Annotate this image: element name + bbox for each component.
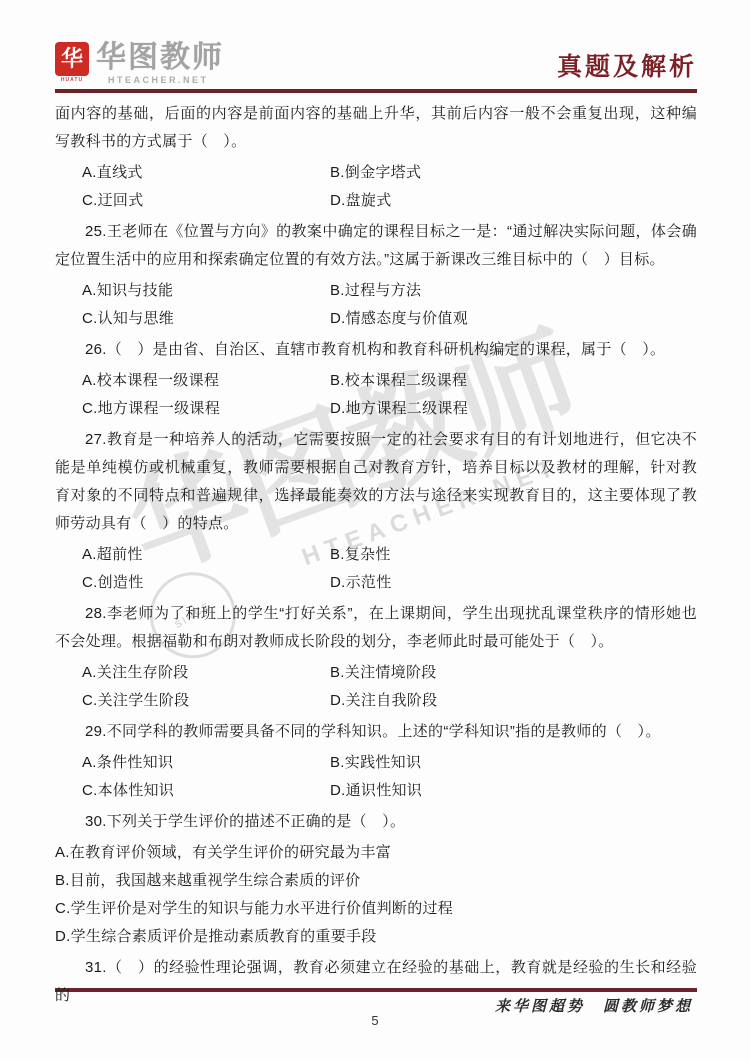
question-24-continuation: 面内容的基础，后面的内容是前面内容的基础上升华，其前后内容一般不会重复出现，这种… (55, 100, 697, 156)
option-a: A.校本课程一级课程 (82, 367, 330, 395)
question-26-text: 26.（ ）是由省、自治区、直辖市教育机构和教育科研机构编定的课程，属于（ ）。 (55, 336, 697, 364)
logo-badge-char: 华 (55, 42, 89, 76)
question-25-text: 25.王老师在《位置与方向》的教案中确定的课程目标之一是：“通过解决实际问题，体… (55, 218, 697, 274)
page-header: 华 HUATU 华图教师 HTEACHER.NET 真题及解析 (55, 42, 697, 85)
option-c: C.创造性 (82, 569, 330, 597)
option-c: C.迂回式 (82, 187, 330, 215)
document-page: 华图教师 HTEACHER.NET SINCE 华 HUATU 华图教师 HTE… (0, 0, 750, 1061)
option-c: C.地方课程一级课程 (82, 395, 330, 423)
option-c: C.认知与思维 (82, 305, 330, 333)
question-25-options: A.知识与技能 B.过程与方法 C.认知与思维 D.情感态度与价值观 (55, 277, 697, 333)
option-b: B.关注情境阶段 (330, 659, 697, 687)
question-27-text: 27.教育是一种培养人的活动，它需要按照一定的社会要求有目的有计划地进行，但它决… (55, 426, 697, 538)
option-c: C.关注学生阶段 (82, 687, 330, 715)
option-b: B.倒金字塔式 (330, 159, 697, 187)
question-28-text: 28.李老师为了和班上的学生“打好关系”，在上课期间，学生出现扰乱课堂秩序的情形… (55, 600, 697, 656)
document-title: 真题及解析 (557, 47, 697, 85)
option-a: A.在教育评价领域，有关学生评价的研究最为丰富 (55, 839, 697, 867)
option-c: C.学生评价是对学生的知识与能力水平进行价值判断的过程 (55, 895, 697, 923)
brand-block: 华图教师 HTEACHER.NET (96, 42, 224, 85)
option-d: D.通识性知识 (330, 777, 697, 805)
option-d: D.示范性 (330, 569, 697, 597)
question-29-options: A.条件性知识 B.实践性知识 C.本体性知识 D.通识性知识 (55, 749, 697, 805)
option-b: B.目前，我国越来越重视学生综合素质的评价 (55, 867, 697, 895)
page-number: 5 (0, 1013, 750, 1028)
option-b: B.复杂性 (330, 541, 697, 569)
option-a: A.条件性知识 (82, 749, 330, 777)
option-b: B.过程与方法 (330, 277, 697, 305)
question-24-options: A.直线式 B.倒金字塔式 C.迂回式 D.盘旋式 (55, 159, 697, 215)
question-29-text: 29.不同学科的教师需要具备不同的学科知识。上述的“学科知识”指的是教师的（ ）… (55, 718, 697, 746)
brand-name: 华图教师 (96, 42, 224, 74)
option-a: A.知识与技能 (82, 277, 330, 305)
option-d: D.情感态度与价值观 (330, 305, 697, 333)
option-d: D.地方课程二级课程 (330, 395, 697, 423)
option-d: D.关注自我阶段 (330, 687, 697, 715)
brand-domain: HTEACHER.NET (108, 75, 224, 85)
question-27-options: A.超前性 B.复杂性 C.创造性 D.示范性 (55, 541, 697, 597)
logo-badge-icon: 华 HUATU (55, 42, 89, 83)
document-body: 面内容的基础，后面的内容是前面内容的基础上升华，其前后内容一般不会重复出现，这种… (55, 97, 697, 1013)
option-a: A.直线式 (82, 159, 330, 187)
header-divider (55, 89, 697, 93)
logo-badge-caption: HUATU (61, 77, 83, 83)
option-c: C.本体性知识 (82, 777, 330, 805)
question-26-options: A.校本课程一级课程 B.校本课程二级课程 C.地方课程一级课程 D.地方课程二… (55, 367, 697, 423)
question-28-options: A.关注生存阶段 B.关注情境阶段 C.关注学生阶段 D.关注自我阶段 (55, 659, 697, 715)
option-b: B.校本课程二级课程 (330, 367, 697, 395)
option-a: A.超前性 (82, 541, 330, 569)
option-d: D.学生综合素质评价是推动素质教育的重要手段 (55, 923, 697, 951)
option-d: D.盘旋式 (330, 187, 697, 215)
option-a: A.关注生存阶段 (82, 659, 330, 687)
question-30-text: 30.下列关于学生评价的描述不正确的是（ ）。 (55, 808, 697, 836)
option-b: B.实践性知识 (330, 749, 697, 777)
question-30-options: A.在教育评价领域，有关学生评价的研究最为丰富 B.目前，我国越来越重视学生综合… (55, 839, 697, 951)
huatu-logo: 华 HUATU 华图教师 HTEACHER.NET (55, 42, 224, 85)
